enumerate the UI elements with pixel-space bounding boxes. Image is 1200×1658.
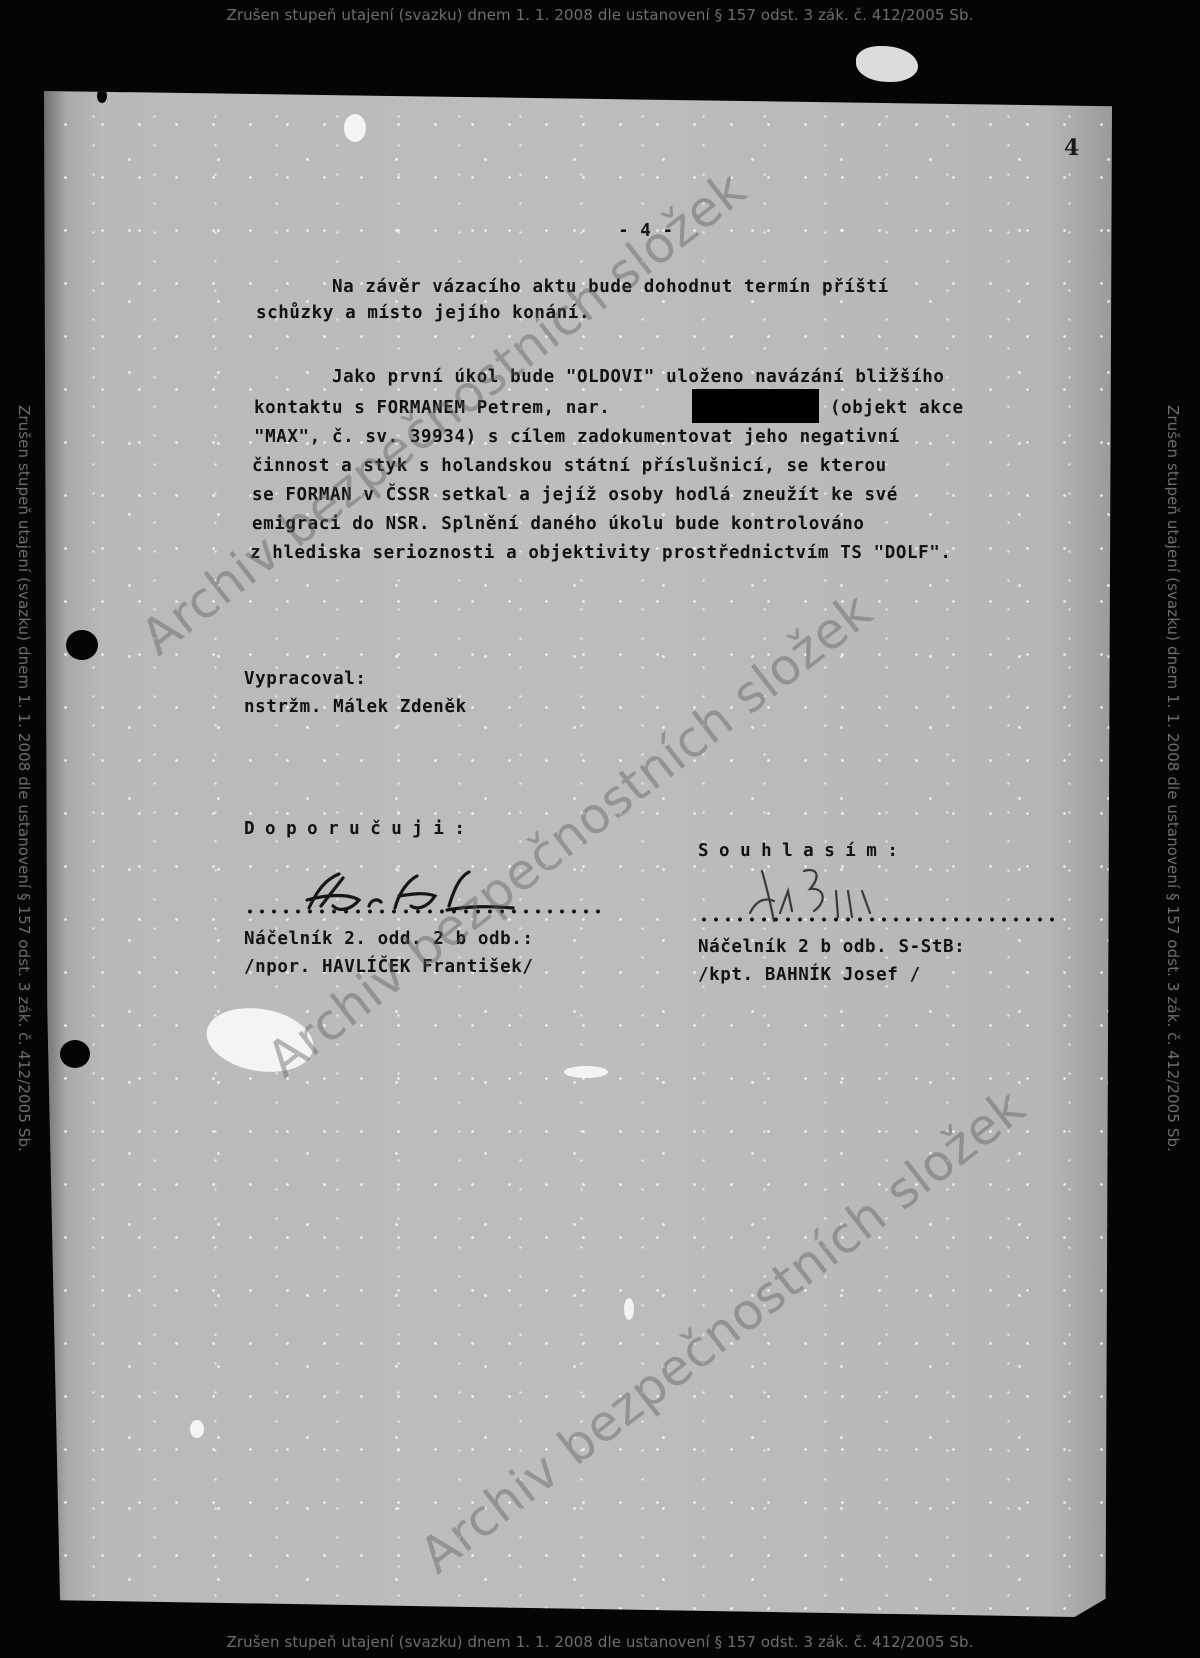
redaction-box <box>692 389 819 423</box>
paragraph2-line3: "MAX", č. sv. 39934) s cílem zadokumento… <box>254 427 900 447</box>
declassification-notice-bottom: Zrušen stupeň utajení (svazku) dnem 1. 1… <box>0 1633 1200 1651</box>
corner-page-mark: 4 <box>1064 135 1079 161</box>
scan-dust <box>856 46 918 82</box>
prepared-by-label: Vypracoval: <box>244 669 367 689</box>
declassification-notice-left: Zrušen stupeň utajení (svazku) dnem 1. 1… <box>15 405 33 1235</box>
paragraph2-line2b: (objekt akce <box>830 398 964 418</box>
approve-title: Náčelník 2 b odb. S-StB: <box>698 937 965 957</box>
scan-blotch <box>190 1420 204 1438</box>
paragraph2-line7: z hlediska serioznosti a objektivity pro… <box>250 543 952 563</box>
scan-blotch <box>344 114 366 142</box>
scan-blotch <box>564 1066 608 1078</box>
punch-hole <box>60 1040 90 1068</box>
prepared-by-name: nstržm. Málek Zdeněk <box>244 697 467 717</box>
recommend-label: Doporučuji: <box>244 819 475 839</box>
declassification-notice-right: Zrušen stupeň utajení (svazku) dnem 1. 1… <box>1164 405 1182 1235</box>
scanned-page: 4 - 4 - Na závěr vázacího aktu bude doho… <box>44 91 1112 1617</box>
scan-blotch <box>624 1298 634 1320</box>
punch-hole <box>66 630 98 660</box>
approve-label: Souhlasím: <box>698 841 908 861</box>
approve-name: /kpt. BAHNÍK Josef / <box>698 965 921 985</box>
paragraph2-line1: Jako první úkol bude "OLDOVI" uloženo na… <box>332 367 944 387</box>
signature-line-approve <box>698 917 1054 922</box>
declassification-notice-top: Zrušen stupeň utajení (svazku) dnem 1. 1… <box>0 6 1200 24</box>
